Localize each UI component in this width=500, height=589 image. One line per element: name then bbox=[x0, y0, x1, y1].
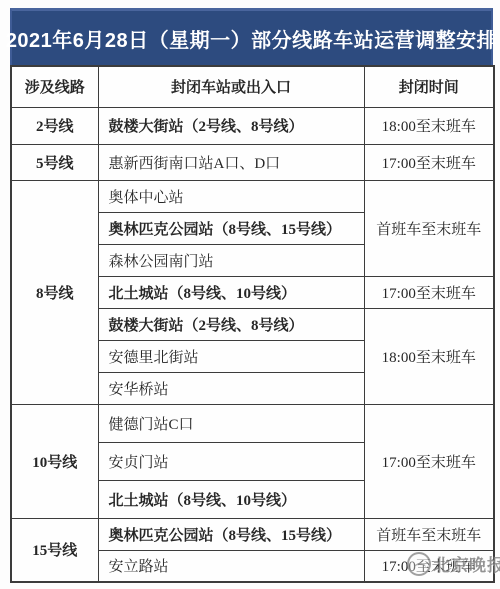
table-row: 10号线健德门站C口17:00至末班车 bbox=[11, 404, 494, 442]
schedule-table-body: 2号线鼓楼大街站（2号线、8号线）18:00至末班车5号线惠新西街南口站A口、D… bbox=[11, 107, 494, 582]
column-header-line: 涉及线路 bbox=[11, 66, 98, 107]
column-header-time: 封闭时间 bbox=[364, 66, 494, 107]
station-cell: 安德里北街站 bbox=[98, 340, 364, 372]
time-cell: 17:00至末班车 bbox=[364, 404, 494, 518]
station-cell: 北土城站（8号线、10号线） bbox=[98, 480, 364, 518]
station-cell: 奥林匹克公园站（8号线、15号线） bbox=[98, 518, 364, 550]
column-header-station: 封闭车站或出入口 bbox=[98, 66, 364, 107]
time-cell: 18:00至末班车 bbox=[364, 107, 494, 144]
line-cell: 8号线 bbox=[11, 180, 98, 404]
table-row: 8号线奥体中心站首班车至末班车 bbox=[11, 180, 494, 212]
line-cell: 5号线 bbox=[11, 144, 98, 180]
table-row: 5号线惠新西街南口站A口、D口17:00至末班车 bbox=[11, 144, 494, 180]
time-cell: 17:00至末班车 bbox=[364, 276, 494, 308]
line-cell: 2号线 bbox=[11, 107, 98, 144]
notice-page: 2021年6月28日（星期一）部分线路车站运营调整安排 涉及线路 封闭车站或出入… bbox=[0, 0, 500, 589]
title-banner: 2021年6月28日（星期一）部分线路车站运营调整安排 bbox=[10, 8, 493, 65]
line-cell: 15号线 bbox=[11, 518, 98, 582]
schedule-table-head: 涉及线路 封闭车站或出入口 封闭时间 bbox=[11, 66, 494, 107]
time-cell: 17:00至末班车 bbox=[364, 144, 494, 180]
page-title: 2021年6月28日（星期一）部分线路车站运营调整安排 bbox=[6, 24, 497, 53]
station-cell: 奥体中心站 bbox=[98, 180, 364, 212]
table-row: 15号线奥林匹克公园站（8号线、15号线）首班车至末班车 bbox=[11, 518, 494, 550]
station-cell: 鼓楼大街站（2号线、8号线） bbox=[98, 308, 364, 340]
station-cell: 森林公园南门站 bbox=[98, 244, 364, 276]
station-cell: 惠新西街南口站A口、D口 bbox=[98, 144, 364, 180]
station-cell: 安华桥站 bbox=[98, 372, 364, 404]
time-cell: 18:00至末班车 bbox=[364, 308, 494, 404]
station-cell: 健德门站C口 bbox=[98, 404, 364, 442]
station-cell: 鼓楼大街站（2号线、8号线） bbox=[98, 107, 364, 144]
schedule-table: 涉及线路 封闭车站或出入口 封闭时间 2号线鼓楼大街站（2号线、8号线）18:0… bbox=[10, 65, 495, 583]
station-cell: 安立路站 bbox=[98, 550, 364, 582]
station-cell: 北土城站（8号线、10号线） bbox=[98, 276, 364, 308]
time-cell: 17:00至末班车 bbox=[364, 550, 494, 582]
header-row: 涉及线路 封闭车站或出入口 封闭时间 bbox=[11, 66, 494, 107]
station-cell: 奥林匹克公园站（8号线、15号线） bbox=[98, 212, 364, 244]
time-cell: 首班车至末班车 bbox=[364, 180, 494, 276]
time-cell: 首班车至末班车 bbox=[364, 518, 494, 550]
table-row: 2号线鼓楼大街站（2号线、8号线）18:00至末班车 bbox=[11, 107, 494, 144]
station-cell: 安贞门站 bbox=[98, 442, 364, 480]
line-cell: 10号线 bbox=[11, 404, 98, 518]
